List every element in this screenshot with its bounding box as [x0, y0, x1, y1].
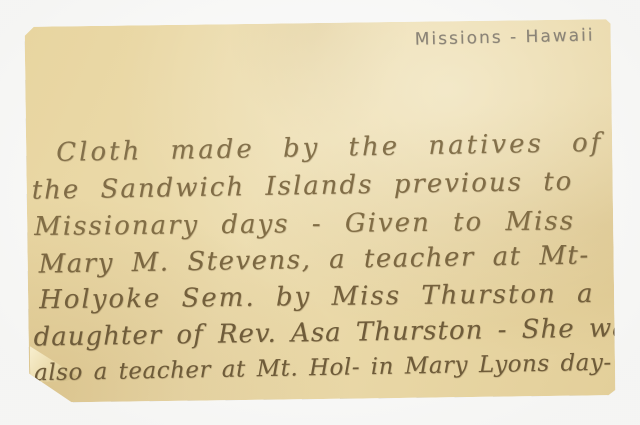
handwriting-line-6: daughter of Rev. Asa Thurston - She was	[33, 315, 640, 351]
handwritten-text: Cloth made by the natives of the Sandwic…	[25, 19, 611, 27]
handwriting-line-7: also a teacher at Mt. Hol- in Mary Lyons…	[34, 352, 612, 386]
manuscript-card: Missions - Hawaii Cloth made by the nati…	[25, 19, 616, 403]
handwriting-line-5: Holyoke Sem. by Miss Thurston a	[39, 281, 595, 313]
pencil-annotation: Missions - Hawaii	[415, 25, 595, 49]
photo-background: Missions - Hawaii Cloth made by the nati…	[0, 0, 640, 425]
handwriting-line-2: the Sandwich Islands previous to	[31, 169, 573, 204]
handwriting-line-1: Cloth made by the natives of	[56, 130, 604, 166]
handwriting-line-4: Mary M. Stevens, a teacher at Mt-	[38, 243, 589, 278]
handwriting-line-3: Missionary days - Given to Miss	[34, 208, 575, 240]
